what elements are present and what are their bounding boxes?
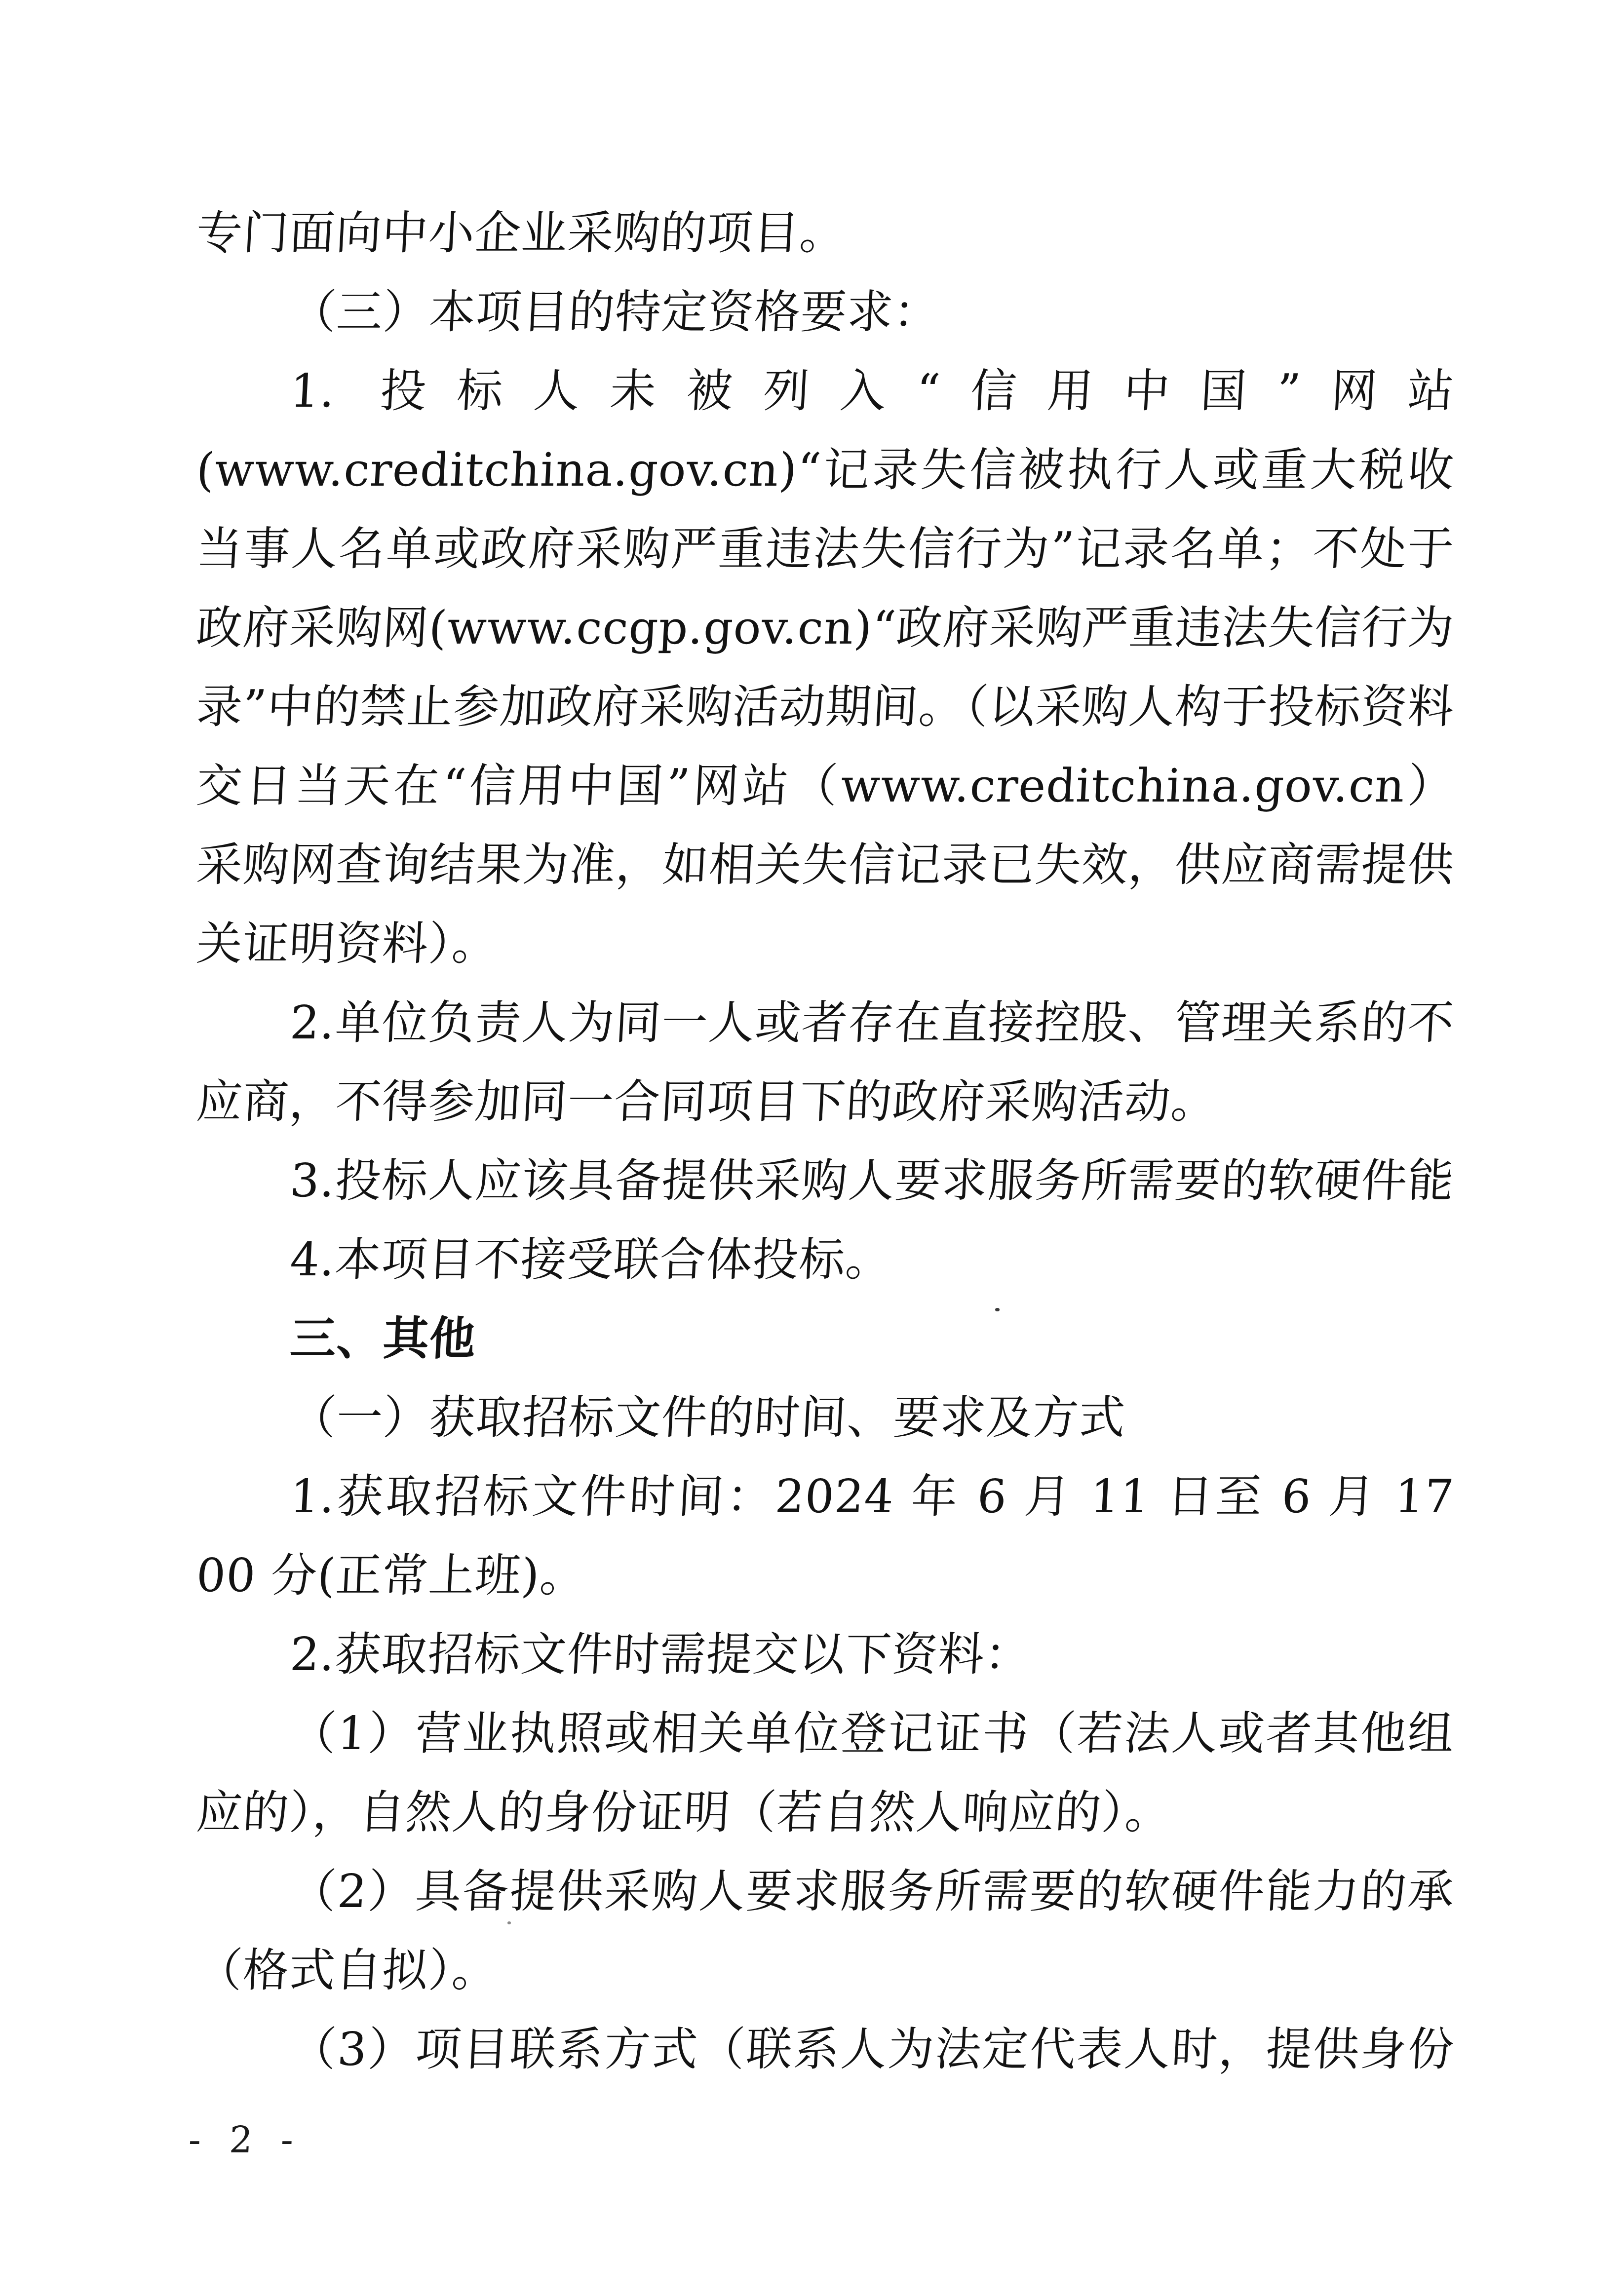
text-line: （一）获取招标文件的时间、要求及方式	[194, 1378, 1456, 1457]
text-line: 1.获取招标文件时间：2024 年 6 月 11 日至 6 月 17 日止 17…	[194, 1457, 1456, 1536]
text-line: 录”中的禁止参加政府采购活动期间。（以采购人构于投标资料上	[194, 667, 1456, 746]
text-line: 关证明资料）。	[194, 904, 1456, 983]
text-line: （3）项目联系方式（联系人为法定代表人时，提供身份证复	[194, 2010, 1456, 2089]
text-line: 采购网查询结果为准，如相关失信记录已失效，供应商需提供相	[194, 825, 1456, 904]
text-line: 2.单位负责人为同一人或者存在直接控股、管理关系的不同供	[194, 983, 1456, 1062]
text-line: （三）本项目的特定资格要求：	[194, 272, 1456, 351]
text-line: 当事人名单或政府采购严重违法失信行为”记录名单；不处于中国	[194, 509, 1456, 588]
scan-speck	[507, 1921, 511, 1924]
text-line: 00 分(正常上班)。	[194, 1536, 1456, 1615]
text-line: （1）营业执照或相关单位登记证书（若法人或者其他组织响	[194, 1694, 1456, 1773]
document-body: 专门面向中小企业采购的项目。 （三）本项目的特定资格要求： 1. 投标人未被列入…	[196, 193, 1454, 2089]
text-line: （格式自拟）。	[194, 1931, 1456, 2010]
text-line: 应商，不得参加同一合同项目下的政府采购活动。	[194, 1062, 1456, 1141]
text-line: 3.投标人应该具备提供采购人要求服务所需要的软硬件能力。	[194, 1141, 1456, 1220]
text-line: 应的），自然人的身份证明（若自然人响应的）。	[194, 1773, 1456, 1852]
page-number: - 2 -	[187, 2116, 297, 2164]
text-line: 1. 投标人未被列入“信用中国”网站	[194, 351, 1456, 430]
text-line: 2.获取招标文件时需提交以下资料：	[194, 1615, 1456, 1694]
section-heading: 三、其他	[194, 1299, 1456, 1378]
text-line: (www.creditchina.gov.cn)“记录失信被执行人或重大税收违法…	[194, 430, 1456, 509]
text-line: 交日当天在“信用中国”网站（www.creditchina.gov.cn）及中国…	[194, 746, 1456, 825]
scan-speck	[995, 1308, 1000, 1311]
text-line: （2）具备提供采购人要求服务所需要的软硬件能力的承诺函	[194, 1852, 1456, 1931]
text-line: 政府采购网(www.ccgp.gov.cn)“政府采购严重违法失信行为信息记	[194, 588, 1456, 667]
text-line: 4.本项目不接受联合体投标。	[194, 1220, 1456, 1299]
text-line: 专门面向中小企业采购的项目。	[194, 193, 1456, 272]
document-page: 专门面向中小企业采购的项目。 （三）本项目的特定资格要求： 1. 投标人未被列入…	[0, 0, 1624, 2296]
